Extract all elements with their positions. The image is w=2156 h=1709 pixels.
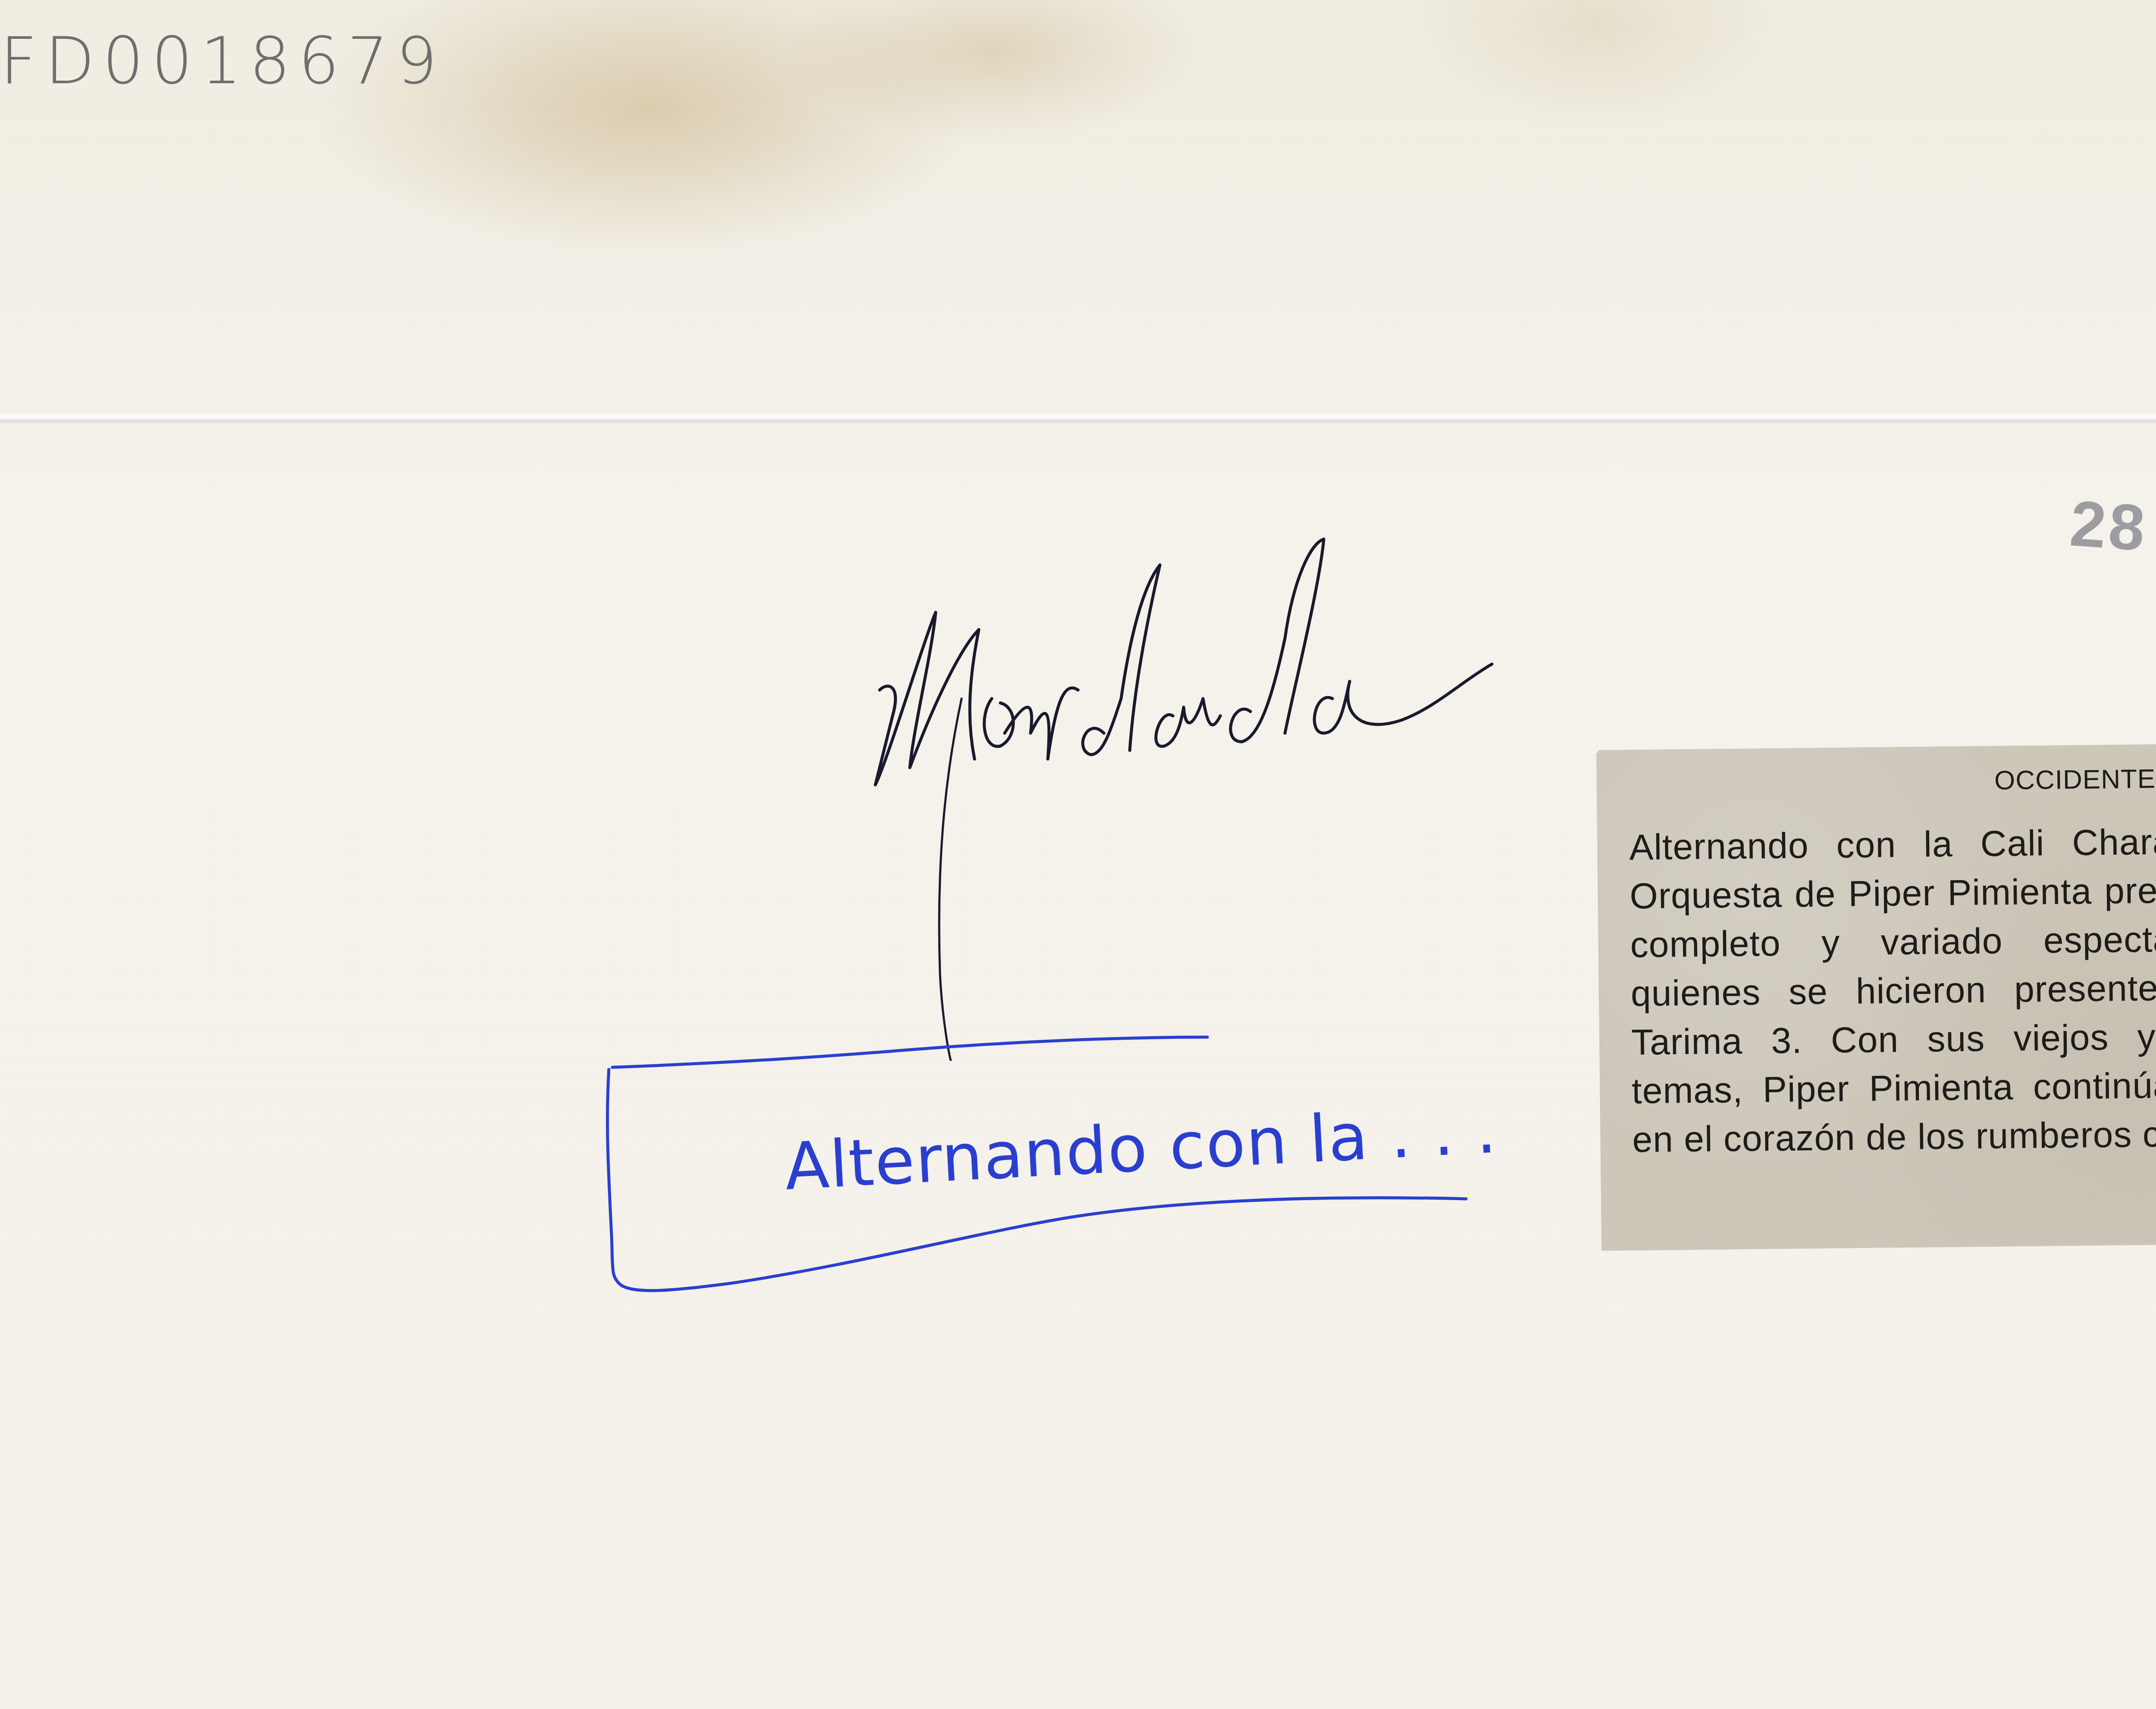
clipping-source-line: OCCIDENTE, de Marulanda: [1994, 762, 2156, 796]
clipping-body-text: Alternando con la Cali Charanga, la Orqu…: [1629, 816, 2156, 1164]
newspaper-clipping: OCCIDENTE, de Marulanda Alternando con l…: [1598, 742, 2156, 1248]
archive-id-pencil: FD0018679: [0, 24, 445, 99]
caption-frame: [604, 1035, 1639, 1380]
paper-fold-crease: [0, 412, 2156, 425]
